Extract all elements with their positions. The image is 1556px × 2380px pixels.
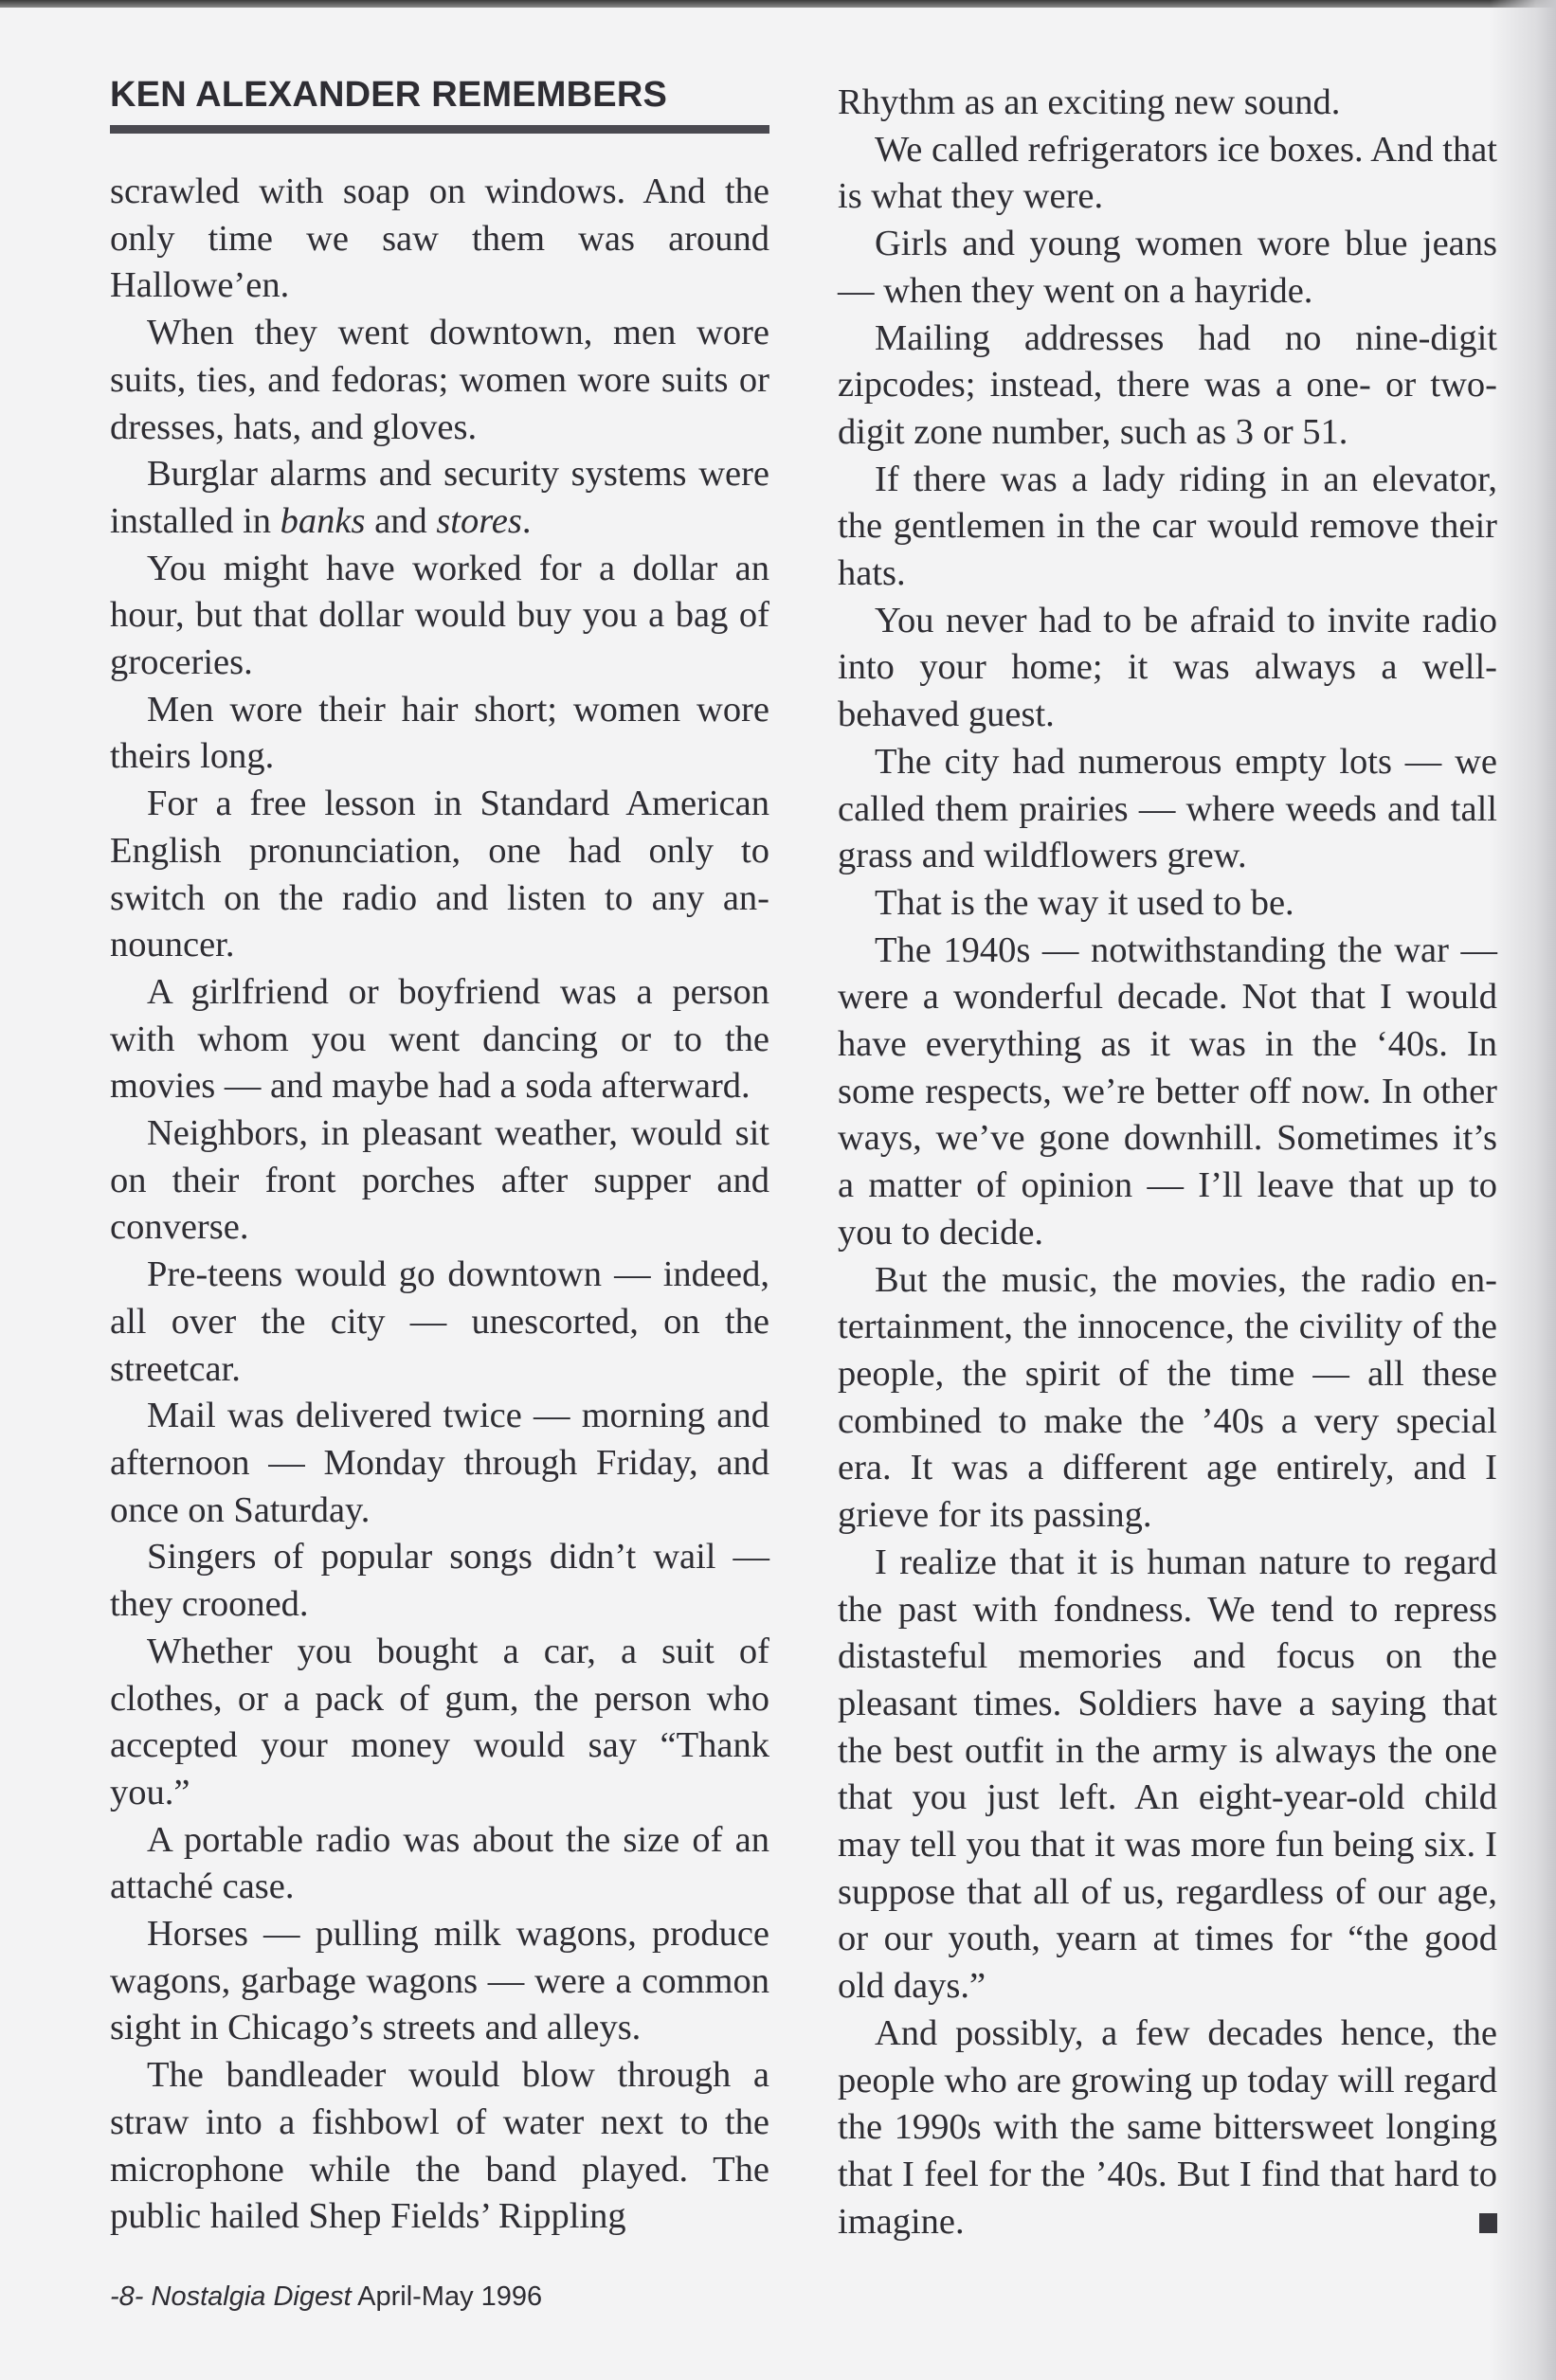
paragraph: For a free lesson in Standard American E…	[110, 781, 769, 969]
header-rule	[110, 125, 769, 134]
paragraph: Mailing addresses had no nine-digit zipc…	[838, 316, 1497, 457]
scan-top-edge	[0, 0, 1556, 8]
paragraph: Neighbors, in pleasant weather, would si…	[110, 1110, 769, 1252]
end-square-icon	[1479, 2213, 1497, 2233]
paragraph: The city had numerous empty lots — we ca…	[838, 739, 1497, 880]
paragraph: When they went downtown, men wore suits,…	[110, 310, 769, 451]
paragraph-text: .	[522, 501, 532, 541]
paragraph: You might have worked for a dollar an ho…	[110, 546, 769, 687]
right-column: Rhythm as an exciting new sound. We call…	[838, 80, 1497, 2245]
page-number: -8-	[110, 2281, 143, 2312]
paragraph: Rhythm as an exciting new sound.	[838, 80, 1497, 127]
paragraph: A girlfriend or boyfriend was a person w…	[110, 969, 769, 1110]
paragraph: Men wore their hair short; women wore th…	[110, 687, 769, 781]
publication-name: Nostalgia Digest	[152, 2281, 352, 2312]
paragraph-text: and	[365, 501, 436, 541]
section-title: KEN ALEXANDER REMEMBERS	[110, 74, 769, 116]
paragraph: Girls and young women wore blue jeans — …	[838, 221, 1497, 315]
paragraph: We called refrigerators ice boxes. And t…	[838, 127, 1497, 221]
paragraph: Pre-teens would go downtown — in­deed, a…	[110, 1252, 769, 1393]
paragraph: I realize that it is human nature to re­…	[838, 1540, 1497, 2010]
page-footer: -8- Nostalgia Digest April-May 1996	[110, 2281, 542, 2313]
paragraph: The 1940s — notwithstanding the war — we…	[838, 928, 1497, 1257]
italic-word: stores	[436, 501, 522, 541]
paragraph: But the music, the movies, the radio en­…	[838, 1257, 1497, 1540]
paragraph: Horses — pulling milk wagons, produce wa…	[110, 1911, 769, 2052]
paragraph: The bandleader would blow through a stra…	[110, 2052, 769, 2241]
paragraph: You never had to be afraid to invite ra­…	[838, 598, 1497, 739]
article-header: KEN ALEXANDER REMEMBERS	[110, 74, 769, 134]
paragraph: Whether you bought a car, a suit of clot…	[110, 1629, 769, 1817]
left-column: scrawled with soap on windows. And the o…	[110, 169, 769, 2241]
paragraph: scrawled with soap on windows. And the o…	[110, 169, 769, 310]
paragraph: If there was a lady riding in an elevato…	[838, 457, 1497, 598]
final-paragraph: And possibly, a few decades hence, the p…	[838, 2010, 1497, 2246]
paragraph: That is the way it used to be.	[838, 880, 1497, 928]
issue-date: April-May 1996	[357, 2281, 542, 2312]
paragraph-text: And possibly, a few decades hence, the p…	[838, 2013, 1497, 2242]
italic-word: banks	[280, 501, 366, 541]
paragraph-burglar-alarms: Burglar alarms and security systems were…	[110, 451, 769, 545]
paragraph: A portable radio was about the size of a…	[110, 1817, 769, 1911]
page-spine-shadow	[1490, 0, 1556, 2380]
paragraph: Mail was delivered twice — morning and a…	[110, 1393, 769, 1534]
paragraph: Singers of popular songs didn’t wail — t…	[110, 1534, 769, 1628]
